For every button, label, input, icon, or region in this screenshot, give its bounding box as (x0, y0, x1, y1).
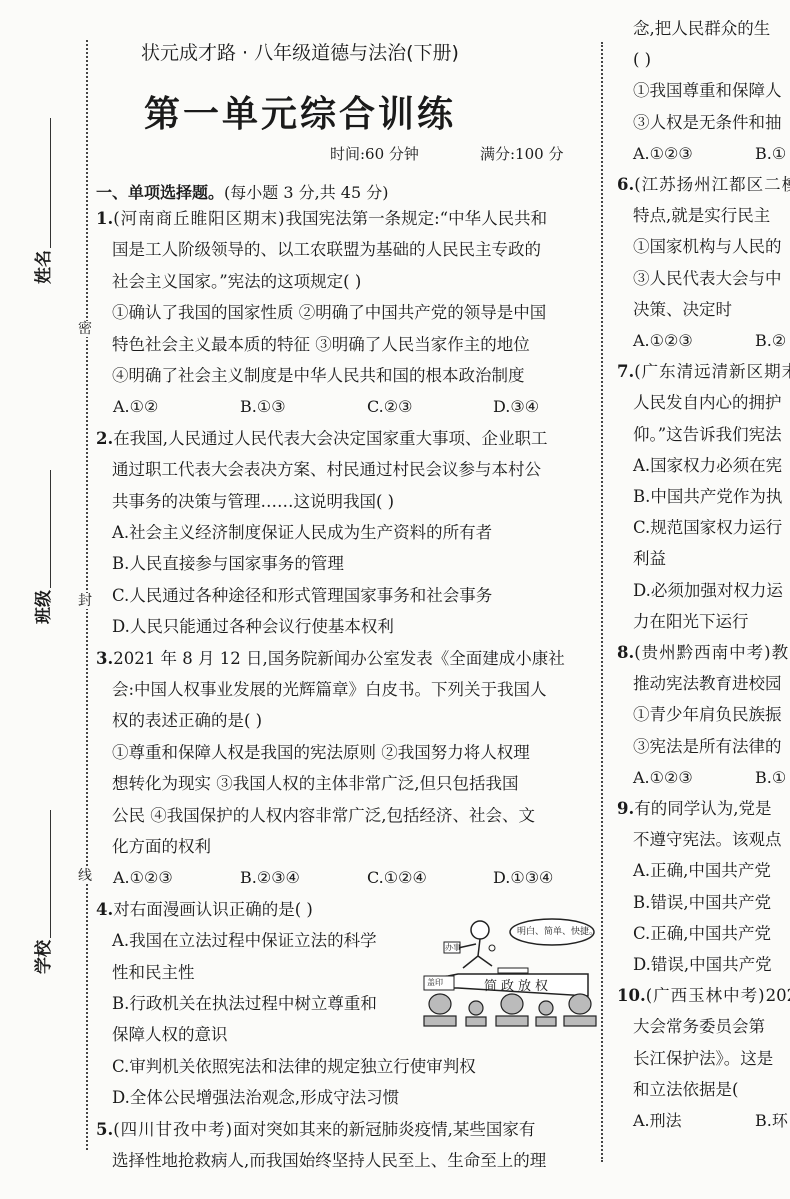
question-line: 想转化为现实 ③我国人权的主体非常广泛,但只包括我国 (112, 769, 519, 799)
question-stem: 9.有的同学认为,党是 (617, 794, 771, 824)
section-label: 一、单项选择题。 (96, 183, 224, 202)
class-underline (50, 470, 51, 588)
question-text: 仰。”这告诉我们宪法 (633, 425, 782, 444)
question-line: 长江保护法》。这是 (633, 1044, 773, 1074)
question-line: 和立法依据是( (633, 1075, 738, 1105)
book-series-title: 状元成才路 · 八年级道德与法治(下册) (0, 38, 600, 65)
answer-option: A.①②③ (633, 763, 693, 793)
question-stem: 1.(河南商丘睢阳区期末)我国宪法第一条规定:“中华人民共和 (96, 204, 547, 234)
question-text: ①国家机构与人民的 (633, 237, 782, 256)
question-line: A.正确,中国共产党 (633, 856, 771, 886)
question-line: ③人民代表大会与中 (633, 264, 782, 294)
question-text: 特点,就是实行民主 (633, 206, 770, 225)
section-note: (每小题 3 分,共 45 分) (224, 183, 388, 202)
question-line: 会:中国人权事业发展的光辉篇章》白皮书。下列关于我国人 (112, 675, 547, 705)
question-stem: 4.对右面漫画认识正确的是( ) (96, 895, 313, 925)
question-text: ①我国尊重和保障人 (633, 81, 782, 100)
page-title: 第一单元综合训练 (0, 86, 600, 137)
question-line: D.错误,中国共产党 (633, 950, 772, 980)
answer-option: B.① (755, 763, 786, 793)
question-stem: 8.(贵州黔西南中考)教 (617, 638, 788, 668)
question-line: D.全体公民增强法治观念,形成守法习惯 (112, 1083, 399, 1113)
question-text: 有的同学认为,党是 (634, 799, 771, 818)
question-line: 人民发自内心的拥护 (633, 388, 782, 418)
question-text: 选择性地抢救病人,而我国始终坚持人民至上、生命至上的理 (112, 1151, 546, 1170)
question-text: 推动宪法教育进校园 (633, 674, 782, 693)
question-line: 权的表述正确的是( ) (112, 706, 262, 736)
question-text: D.全体公民增强法治观念,形成守法习惯 (112, 1088, 399, 1107)
answer-option: A.①②③ (633, 139, 693, 169)
question-line: 大会常务委员会第 (633, 1012, 765, 1042)
question-line: 通过职工代表大会表决方案、村民通过村民会议参与本村公 (112, 455, 541, 485)
question-text: 国是工人阶级领导的、以工农联盟为基础的人民民主专政的 (112, 240, 541, 259)
question-source: (江苏扬州江都区二模 (634, 175, 790, 194)
section-heading: 一、单项选择题。(每小题 3 分,共 45 分) (96, 180, 388, 203)
question-line: B.行政机关在执法过程中树立尊重和 (112, 989, 377, 1019)
question-text: 大会常务委员会第 (633, 1017, 765, 1036)
question-number: 3. (96, 649, 113, 668)
answer-option: A.刑法 (633, 1106, 682, 1136)
column-divider (601, 42, 603, 1162)
question-text: A.正确,中国共产党 (633, 861, 771, 880)
question-text: 会:中国人权事业发展的光辉篇章》白皮书。下列关于我国人 (112, 680, 547, 699)
question-text: B.中国共产党作为执 (633, 487, 782, 506)
question-line: 性和民主性 (112, 958, 195, 988)
question-text: ④明确了社会主义制度是中华人民共和国的根本政治制度 (112, 366, 525, 385)
question-line: 共事务的决策与管理……这说明我国( ) (112, 487, 394, 517)
question-source: (贵州黔西南中考) (634, 643, 771, 662)
class-field-label: 班级 (33, 602, 55, 624)
answer-option: A.①②③ (633, 326, 693, 356)
question-line: C.审判机关依照宪法和法律的规定独立行使审判权 (112, 1052, 476, 1082)
question-text: 面对突如其来的新冠肺炎疫情,某些国家有 (233, 1120, 535, 1139)
question-text: 特色社会主义最本质的特征 ③明确了人民当家作主的地位 (112, 335, 530, 354)
question-line: ①确认了我国的国家性质 ②明确了中国共产党的领导是中国 (112, 298, 546, 328)
question-text: ①确认了我国的国家性质 ②明确了中国共产党的领导是中国 (112, 303, 546, 322)
question-line: C.正确,中国共产党 (633, 919, 771, 949)
question-text: D.必须加强对权力运 (633, 581, 783, 600)
answer-option: C.②③ (367, 392, 412, 422)
question-line: A.国家权力必须在宪 (633, 451, 782, 481)
time-limit: 时间:60 分钟 (330, 143, 419, 164)
question-text: C.人民通过各种途径和形式管理国家事务和社会事务 (112, 586, 492, 605)
question-number: 2. (96, 429, 113, 448)
question-line: ①我国尊重和保障人 (633, 76, 782, 106)
question-text: 2021 年 8 月 12 日,国务院新闻办公室发表《全面建成小康社 (113, 649, 564, 668)
question-line: 决策、决定时 (633, 295, 732, 325)
question-line: 国是工人阶级领导的、以工农联盟为基础的人民民主专政的 (112, 235, 541, 265)
question-line: 选择性地抢救病人,而我国始终坚持人民至上、生命至上的理 (112, 1146, 546, 1176)
question-text: 我国宪法第一条规定:“中华人民共和 (286, 209, 548, 228)
cartoon-hand-text: 盖印 (427, 977, 443, 988)
question-stem: 7.(广东清远清新区期末 (617, 357, 790, 387)
answer-option: C.①②④ (367, 863, 427, 893)
question-line: 社会主义国家。”宪法的这项规定( ) (112, 267, 361, 297)
question-text: 在我国,人民通过人民代表大会决定国家重大事项、企业职工 (113, 429, 547, 448)
cartoon-speech-bubble: 明白、简单、快捷。 (517, 924, 598, 937)
question-text: 共事务的决策与管理……这说明我国( ) (112, 492, 394, 511)
question-text: 教 (772, 643, 789, 662)
question-line: 不遵守宪法。该观点 (633, 825, 782, 855)
question-text: ①尊重和保障人权是我国的宪法原则 ②我国努力将人权理 (112, 743, 530, 762)
question-line: C.规范国家权力运行 (633, 513, 782, 543)
question-text: 不遵守宪法。该观点 (633, 830, 782, 849)
question-line: ①尊重和保障人权是我国的宪法原则 ②我国努力将人权理 (112, 738, 530, 768)
question-stem: 2.在我国,人民通过人民代表大会决定国家重大事项、企业职工 (96, 424, 547, 454)
question-number: 10. (617, 986, 646, 1005)
question-text: B.行政机关在执法过程中树立尊重和 (112, 994, 377, 1013)
question-line: 念,把人民群众的生 (633, 14, 770, 44)
question-number: 9. (617, 799, 634, 818)
question-line: A.社会主义经济制度保证人民成为生产资料的所有者 (112, 518, 492, 548)
question-text: 人民发自内心的拥护 (633, 393, 782, 412)
question-line: 力在阳光下运行 (633, 607, 749, 637)
answer-option: B.② (755, 326, 786, 356)
cartoon-banner-text: 简政放权 (484, 975, 552, 994)
question-number: 4. (96, 900, 113, 919)
question-line: 利益 (633, 544, 666, 574)
answer-option: A.①② (113, 392, 158, 422)
question-line: 公民 ④我国保护的人权内容非常广泛,包括经济、社会、文 (112, 801, 535, 831)
school-underline (50, 810, 51, 938)
question-line: 化方面的权利 (112, 832, 211, 862)
question-number: 1. (96, 209, 113, 228)
name-underline (50, 118, 51, 248)
question-number: 8. (617, 643, 634, 662)
question-line: 推动宪法教育进校园 (633, 669, 782, 699)
question-text: B.人民直接参与国家事务的管理 (112, 554, 344, 573)
answer-option: D.①③④ (493, 863, 553, 893)
seal-mark-xian: 线 (78, 868, 92, 884)
question-text: 化方面的权利 (112, 837, 211, 856)
cartoon-illustration: 明白、简单、快捷。 简政放权 办事 盖印 (418, 908, 598, 1033)
question-stem: 6.(江苏扬州江都区二模 (617, 170, 790, 200)
question-source: (四川甘孜中考) (113, 1120, 233, 1139)
question-text: ①青少年肩负民族振 (633, 705, 782, 724)
seal-mark-mi: 密 (78, 321, 92, 337)
question-stem: 3.2021 年 8 月 12 日,国务院新闻办公室发表《全面建成小康社 (96, 644, 565, 674)
question-text: A.我国在立法过程中保证立法的科学 (112, 931, 377, 950)
right-column: 念,把人民群众的生( )①我国尊重和保障人③人权是无条件和抽A.①②③B.①6.… (605, 0, 790, 1199)
question-text: ③人权是无条件和抽 (633, 113, 782, 132)
name-field-label: 姓名 (33, 262, 55, 284)
question-number: 5. (96, 1120, 113, 1139)
question-text: C.规范国家权力运行 (633, 518, 782, 537)
question-text: 和立法依据是( (633, 1080, 738, 1099)
question-line: ③人权是无条件和抽 (633, 108, 782, 138)
question-text: 性和民主性 (112, 963, 195, 982)
question-line: ④明确了社会主义制度是中华人民共和国的根本政治制度 (112, 361, 525, 391)
question-text: 对右面漫画认识正确的是( ) (113, 900, 313, 919)
question-text: D.错误,中国共产党 (633, 955, 772, 974)
question-text: ( ) (633, 50, 651, 69)
question-line: 保障人权的意识 (112, 1020, 228, 1050)
question-text: 权的表述正确的是( ) (112, 711, 262, 730)
question-stem: 5.(四川甘孜中考)面对突如其来的新冠肺炎疫情,某些国家有 (96, 1115, 535, 1145)
question-number: 6. (617, 175, 634, 194)
question-text: ③宪法是所有法律的 (633, 737, 782, 756)
question-line: C.人民通过各种途径和形式管理国家事务和社会事务 (112, 581, 492, 611)
question-text: 长江保护法》。这是 (633, 1049, 773, 1068)
full-score: 满分:100 分 (480, 143, 563, 164)
answer-option: B.环 (755, 1106, 788, 1136)
question-text: B.错误,中国共产党 (633, 893, 771, 912)
question-text: 念,把人民群众的生 (633, 19, 770, 38)
question-text: 公民 ④我国保护的人权内容非常广泛,包括经济、社会、文 (112, 806, 535, 825)
school-field-label: 学校 (33, 952, 55, 974)
question-line: ①青少年肩负民族振 (633, 700, 782, 730)
answer-option: B.①③ (240, 392, 286, 422)
cartoon-paper-text: 办事 (445, 942, 461, 953)
question-source: (广东清远清新区期末 (634, 362, 790, 381)
question-text: 社会主义国家。”宪法的这项规定( ) (112, 272, 361, 291)
question-text: 保障人权的意识 (112, 1025, 228, 1044)
question-line: 特色社会主义最本质的特征 ③明确了人民当家作主的地位 (112, 330, 530, 360)
seal-mark-feng: 封 (78, 593, 92, 609)
question-line: ( ) (633, 45, 651, 75)
question-text: 决策、决定时 (633, 300, 732, 319)
question-text: C.审判机关依照宪法和法律的规定独立行使审判权 (112, 1057, 476, 1076)
question-line: D.必须加强对权力运 (633, 576, 783, 606)
question-stem: 10.(广西玉林中考)202 (617, 981, 790, 1011)
question-text: 力在阳光下运行 (633, 612, 749, 631)
question-text: A.国家权力必须在宪 (633, 456, 782, 475)
question-number: 7. (617, 362, 634, 381)
question-text: 202 (766, 986, 790, 1005)
question-text: ③人民代表大会与中 (633, 269, 782, 288)
question-text: D.人民只能通过各种会议行使基本权利 (112, 617, 394, 636)
question-text: A.社会主义经济制度保证人民成为生产资料的所有者 (112, 523, 492, 542)
answer-option: D.③④ (493, 392, 539, 422)
question-text: 通过职工代表大会表决方案、村民通过村民会议参与本村公 (112, 460, 541, 479)
question-text: C.正确,中国共产党 (633, 924, 771, 943)
question-source: (河南商丘睢阳区期末) (113, 209, 285, 228)
question-line: 仰。”这告诉我们宪法 (633, 420, 782, 450)
question-line: D.人民只能通过各种会议行使基本权利 (112, 612, 394, 642)
question-line: A.我国在立法过程中保证立法的科学 (112, 926, 377, 956)
question-line: ③宪法是所有法律的 (633, 732, 782, 762)
question-line: B.人民直接参与国家事务的管理 (112, 549, 344, 579)
question-line: 特点,就是实行民主 (633, 201, 770, 231)
question-line: ①国家机构与人民的 (633, 232, 782, 262)
question-source: (广西玉林中考) (646, 986, 766, 1005)
question-text: 利益 (633, 549, 666, 568)
answer-option: A.①②③ (113, 863, 173, 893)
question-text: 想转化为现实 ③我国人权的主体非常广泛,但只包括我国 (112, 774, 519, 793)
question-line: B.错误,中国共产党 (633, 888, 771, 918)
answer-option: B.① (755, 139, 786, 169)
question-line: B.中国共产党作为执 (633, 482, 782, 512)
answer-option: B.②③④ (240, 863, 300, 893)
